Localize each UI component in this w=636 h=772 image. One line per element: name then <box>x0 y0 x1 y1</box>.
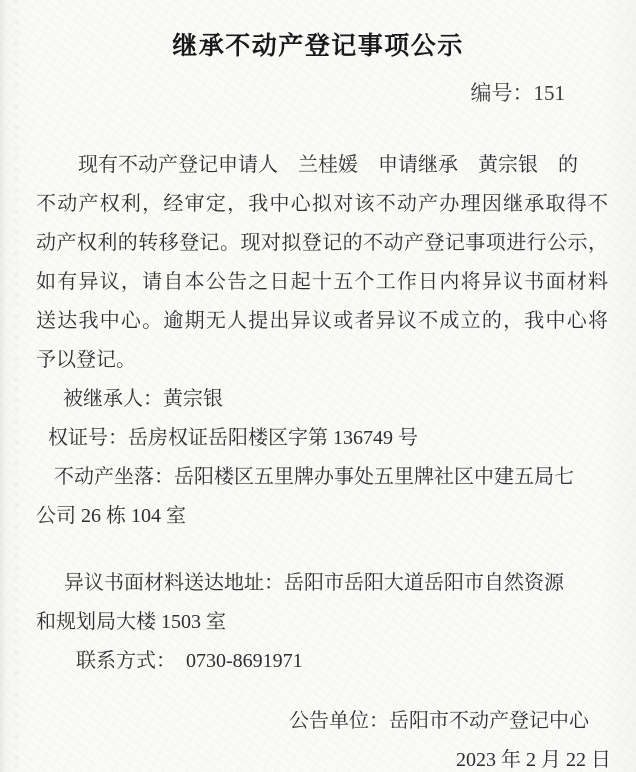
objection-address-line-2: 和规划局大楼 1503 室 <box>36 603 608 642</box>
date-line: 2023 年 2 月 22 日 <box>0 741 636 772</box>
paragraph-line-2: 不动产权利，经审定，我中心拟对该不动产办理因继承取得不 <box>36 185 608 224</box>
document-number: 编号：151 <box>0 77 636 107</box>
paragraph-line-4: 如有异议，请自本公告之日起十五个工作日内将异议书面材料 <box>36 263 608 302</box>
notice-body: 现有不动产登记申请人 兰桂媛 申请继承 黄宗银 的 不动产权利，经审定，我中心拟… <box>36 146 608 681</box>
document-title: 继承不动产登记事项公示 <box>0 0 636 62</box>
paragraph-line-1: 现有不动产登记申请人 兰桂媛 申请继承 黄宗银 的 <box>36 146 608 185</box>
location-line-2: 公司 26 栋 104 室 <box>36 497 608 536</box>
paragraph-line-6: 予以登记。 <box>36 341 608 380</box>
paragraph-line-3: 动产权利的转移登记。现对拟登记的不动产登记事项进行公示， <box>36 224 608 263</box>
issuer-line: 公告单位：岳阳市不动产登记中心 <box>0 702 636 741</box>
scan-artifact-streak <box>14 0 19 772</box>
contact-line: 联系方式： 0730-8691971 <box>36 642 608 681</box>
objection-address-line-1: 异议书面材料送达地址：岳阳市岳阳大道岳阳市自然资源 <box>36 564 608 603</box>
location-line-1: 不动产坐落：岳阳楼区五里牌办事处五里牌社区中建五局七 <box>36 458 608 497</box>
certificate-line: 权证号：岳房权证岳阳楼区字第 136749 号 <box>36 419 608 458</box>
scanned-notice-page: 继承不动产登记事项公示 编号：151 现有不动产登记申请人 兰桂媛 申请继承 黄… <box>0 0 636 772</box>
decedent-line: 被继承人：黄宗银 <box>36 380 608 419</box>
paragraph-line-5: 送达我中心。逾期无人提出异议或者异议不成立的，我中心将 <box>36 302 608 341</box>
notice-footer: 公告单位：岳阳市不动产登记中心 2023 年 2 月 22 日 <box>0 702 636 772</box>
